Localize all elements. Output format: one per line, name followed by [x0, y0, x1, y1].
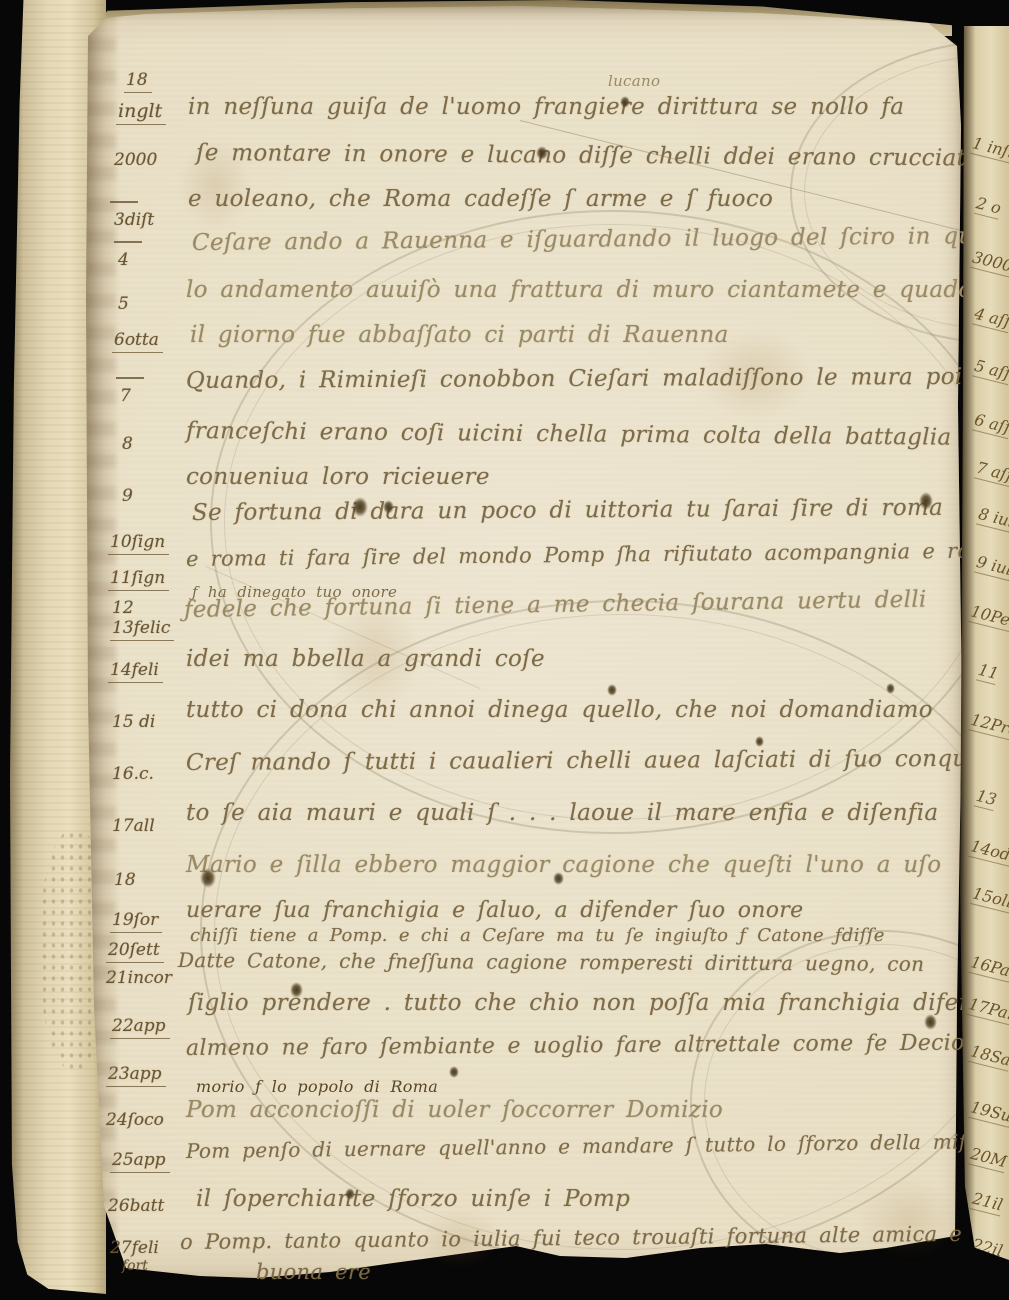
next-page-margin-number: 15oll — [970, 883, 1009, 913]
ink-blot — [607, 684, 617, 696]
next-page-margin-number: 13 — [974, 786, 999, 811]
margin-number: 7 — [120, 386, 131, 406]
ink-blot — [345, 1188, 355, 1200]
margin-number: 12 — [112, 598, 134, 618]
next-page-margin-number: 3000 — [970, 247, 1009, 277]
manuscript-line: il giorno fue abbaſſato ci parti di Raue… — [190, 322, 729, 348]
margin-number: 9 — [122, 486, 133, 506]
margin-number: 21incor — [106, 968, 172, 988]
next-page-margin-number: 5 aſſ — [972, 356, 1009, 385]
margin-number: 27feli — [110, 1238, 159, 1258]
next-page-margin-number: 1 inſi — [970, 133, 1009, 163]
manuscript-line: idei ma bbella a grandi coſe — [186, 646, 545, 672]
manuscript-line: ſe montare in onore e lucano diſſe chell… — [196, 140, 974, 171]
ink-blot — [290, 982, 303, 998]
margin-number: 15 di — [112, 712, 155, 732]
next-page-margin-number: 7 aſſ — [974, 458, 1009, 487]
manuscript-line: tutto ci dona chi annoi dinega quello, c… — [186, 697, 933, 723]
next-page-margin-number: 23f — [972, 1259, 1003, 1260]
next-page-margin-number: 6 aſſ — [972, 410, 1009, 439]
manuscript-line: ſiglio prendere . tutto che chio non poſ… — [188, 990, 1009, 1016]
margin-number: 10ſign — [110, 532, 165, 552]
manuscript-line: Creſ mando ſ tutti i caualieri chelli au… — [186, 746, 984, 776]
next-page-margin-number: 10Perc — [968, 601, 1009, 635]
manuscript-line: to ſe aia mauri e quali ſ . . . laoue il… — [186, 800, 938, 826]
ink-blot — [536, 146, 548, 160]
manuscript-line: e uoleano, che Roma cadeſſe ſ arme e ſ f… — [188, 186, 773, 212]
ink-blot — [200, 868, 216, 888]
ink-blot — [449, 1066, 459, 1078]
manuscript-line: morio ƒ lo popolo di Roma — [196, 1077, 438, 1096]
next-page-margin-number: 16Pan — [968, 952, 1009, 985]
ink-blot — [553, 872, 564, 885]
margin-number: 17all — [112, 816, 155, 836]
margin-number: 4 — [118, 250, 129, 270]
margin-number: 22app — [112, 1016, 166, 1036]
margin-number: 18 — [114, 870, 136, 890]
margin-number: 16.c. — [112, 764, 154, 784]
margin-number: 13felic — [112, 618, 170, 638]
margin-number: inglt — [118, 100, 162, 122]
margin-number: 14feli — [110, 660, 159, 680]
ink-blot — [919, 492, 933, 510]
next-page-margin-number: 14odu — [968, 836, 1009, 869]
next-page-margin-number: 18Sa — [968, 1041, 1009, 1071]
paper-stain — [860, 1180, 960, 1260]
next-page-margin-number: 2 o — [974, 193, 1003, 219]
next-page-margin-number: 8 iul — [976, 504, 1009, 533]
ink-blot — [383, 500, 394, 514]
ink-blot — [352, 497, 368, 517]
margin-number: 2000 — [114, 150, 157, 170]
manuscript-line: conueniua loro ricieuere — [186, 464, 490, 490]
ink-blot — [755, 736, 764, 747]
manuscript-line: Mario e ſilla ebbero maggior cagione che… — [186, 852, 941, 878]
manuscript-line: Se fortuna di dara un poco di uittoria t… — [192, 495, 943, 526]
manuscript-line: il ſoperchiante ſforzo uinſe i Pomp — [196, 1186, 630, 1212]
margin-number: 24ſoco — [106, 1110, 164, 1130]
margin-number: 19ſor — [112, 910, 158, 930]
manuscript-line: uerare ſua franchigia e ſaluo, a difende… — [186, 898, 803, 923]
manuscript-line: buona ere — [256, 1260, 371, 1284]
margin-number: 26batt — [108, 1196, 164, 1216]
manuscript-line: Datte Catone, che ƒneſſuna cagione rompe… — [178, 948, 924, 976]
margin-number: 8 — [122, 434, 133, 454]
margin-number: 18 — [126, 70, 148, 90]
manuscript-line: Quando, i Riminieſi conobbon Cieſari mal… — [186, 364, 1009, 394]
next-page-margin-number: 11 — [976, 660, 1001, 685]
margin-number: 11ſign — [110, 568, 165, 588]
manuscript-line: in neſſuna guiſa de l'uomo frangiere dir… — [188, 94, 904, 120]
next-page-margin-number: 21il — [970, 1189, 1005, 1217]
next-page-margin-number: 12Preſ — [968, 710, 1009, 743]
next-page-edge: 1 inſi2 o30004 aſſ5 aſſ6 aſſ7 aſſ8 iul9 … — [960, 26, 1009, 1260]
ink-blot — [620, 96, 630, 108]
manuscript-line: Pom acconcioſſi di uoler ſoccorrer Domiz… — [186, 1097, 723, 1123]
next-page-margin-number: 19Su — [968, 1097, 1009, 1127]
next-page-margin-number: 22il — [970, 1235, 1005, 1260]
margin-number: 20ſett — [108, 940, 160, 960]
manuscript-line: lo andamento auuiſò una frattura di muro… — [186, 277, 973, 303]
next-page-margin-number: 20M — [968, 1144, 1009, 1173]
manuscript-line: chiſſi tiene a Pomp. e chi a Ceſare ma t… — [190, 925, 885, 946]
margin-number: 6otta — [114, 330, 159, 350]
margin-number: 25app — [112, 1150, 166, 1170]
margin-number: 23app — [108, 1064, 162, 1084]
next-page-margin-number: 9 iul — [974, 552, 1009, 581]
margin-number: fort — [122, 1258, 148, 1274]
manuscript-line: lucano — [608, 72, 660, 90]
ink-blot — [924, 1014, 937, 1030]
ink-blot — [886, 683, 895, 694]
margin-number: 5 — [118, 294, 129, 314]
next-page-margin-number: 17Pan — [966, 994, 1009, 1027]
manuscript-photo: 18inglt20003diſt456otta78910ſign11ſign12… — [0, 0, 1009, 1300]
next-page-margin-number: 4 aſſ — [972, 304, 1009, 333]
margin-number: 3diſt — [114, 210, 154, 230]
